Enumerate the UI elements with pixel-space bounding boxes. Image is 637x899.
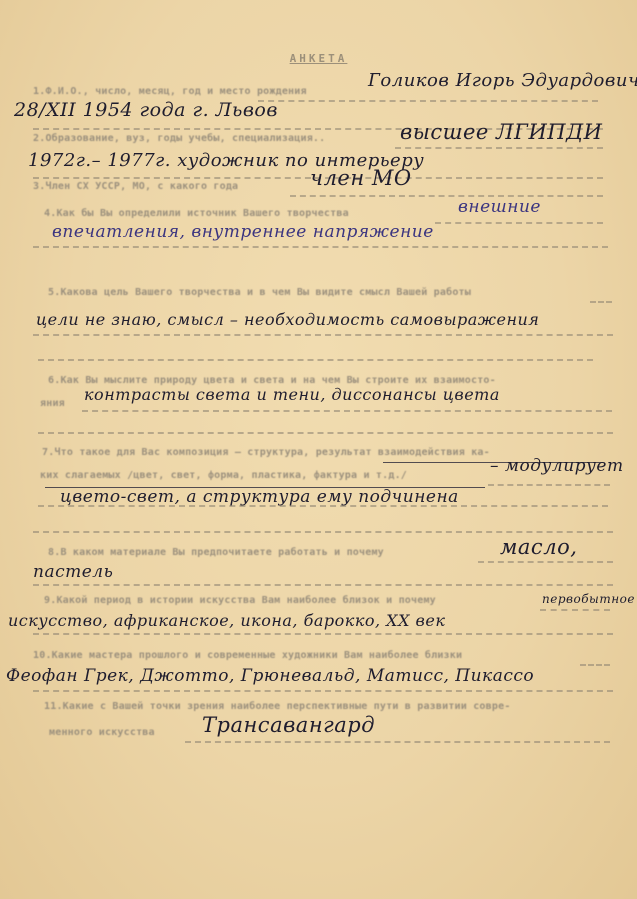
answer-4-line-2: впечатления, внутреннее напряжение <box>52 222 434 242</box>
question-4: 4.Как бы Вы определили источник Вашего т… <box>44 208 349 219</box>
answer-line <box>82 410 612 412</box>
answer-3: член МО <box>310 166 412 190</box>
question-1: 1.Ф.И.О., число, месяц, год и место рожд… <box>33 86 307 97</box>
answer-line <box>478 561 613 563</box>
answer-5: цели не знаю, смысл – необходимость само… <box>36 310 539 329</box>
question-3: 3.Член СХ УССР, МО, с какого года <box>33 181 238 192</box>
answer-line <box>435 222 603 224</box>
answer-8-line-1: масло, <box>500 535 577 559</box>
answer-line <box>258 100 598 102</box>
answer-1-line-1: Голиков Игорь Эдуардович <box>368 70 637 91</box>
answer-line <box>33 584 613 586</box>
answer-4-line-1: внешние <box>458 197 541 217</box>
question-11-line-1: 11.Какие с Вашей точки зрения наиболее п… <box>44 701 511 712</box>
answer-line <box>33 246 608 248</box>
answer-6: контрасты света и тени, диссонансы цвета <box>84 385 500 404</box>
answer-8-line-2: пастель <box>33 562 113 582</box>
question-7-line-1: 7.Что такое для Вас композиция – структу… <box>42 447 490 458</box>
answer-line <box>38 432 613 434</box>
answer-11: Трансавангард <box>202 713 375 737</box>
questionnaire-page: АНКЕТА 1.Ф.И.О., число, месяц, год и мес… <box>0 0 637 899</box>
question-2: 2.Образование, вуз, годы учебы, специали… <box>33 133 325 144</box>
answer-9-line-2: искусство, африканское, икона, барокко, … <box>8 611 445 630</box>
question-6-line-2: яния <box>40 398 65 409</box>
answer-line <box>38 359 593 361</box>
answer-7-line-2: цвето-свет, а структура ему подчинена <box>60 487 459 507</box>
document-title: АНКЕТА <box>0 52 637 65</box>
answer-line <box>590 301 612 303</box>
answer-9-line-1: первобытное <box>542 592 635 606</box>
answer-7-line-1: – модулирует <box>490 456 624 476</box>
question-8: 8.В каком материале Вы предпочитаете раб… <box>48 547 384 558</box>
answer-line <box>33 690 613 692</box>
answer-line <box>580 664 610 666</box>
question-9: 9.Какой период в истории искусства Вам н… <box>44 595 436 606</box>
answer-10: Феофан Грек, Джотто, Грюневальд, Матисс,… <box>6 666 534 686</box>
answer-1-line-2: 28/XII 1954 года г. Львов <box>14 99 278 121</box>
question-7-line-2: ких слагаемых /цвет, свет, форма, пласти… <box>40 470 407 481</box>
answer-line <box>185 741 610 743</box>
answer-line <box>488 484 610 486</box>
answer-line <box>290 195 603 197</box>
answer-2-line-1: высшее ЛГИПДИ <box>400 120 602 144</box>
answer-line <box>540 609 610 611</box>
answer-line <box>33 633 613 635</box>
question-11-line-2: менного искусства <box>49 727 155 738</box>
question-10: 10.Какие мастера прошлого и современные … <box>33 650 462 661</box>
answer-line <box>33 334 613 336</box>
question-5: 5.Какова цель Вашего творчества и в чем … <box>48 287 471 298</box>
answer-line <box>33 531 613 533</box>
answer-line <box>395 147 603 149</box>
